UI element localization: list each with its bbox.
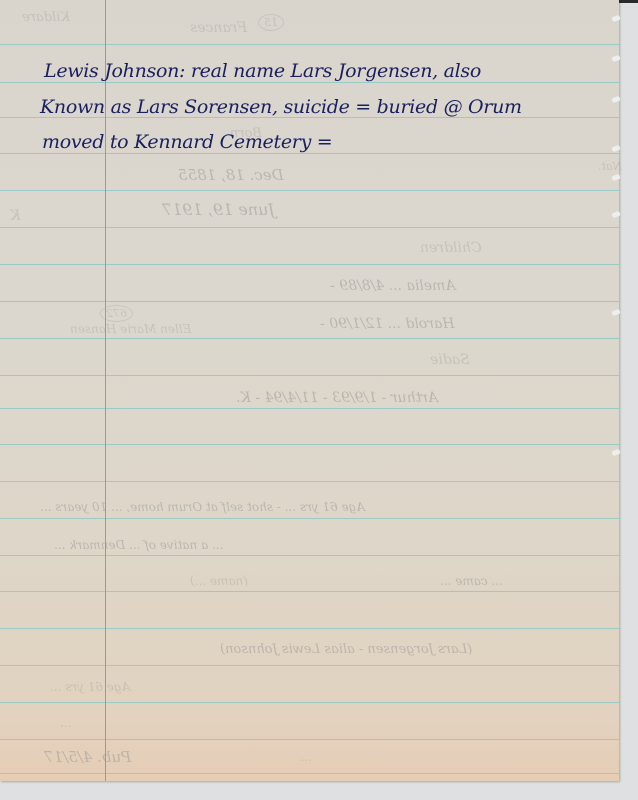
- note-line-1: Lewis Johnson: real name Lars Jorgensen,…: [44, 60, 481, 82]
- bleed-text: Ellen Marie Hansen: [70, 322, 191, 336]
- scan-top-border-right: [619, 0, 638, 3]
- bleed-text: Nat.: [598, 160, 622, 173]
- rule-line: [0, 555, 619, 556]
- perforation: [611, 309, 620, 316]
- rule-line: [0, 190, 619, 191]
- bleed-text: ...: [300, 750, 311, 764]
- rule-line: [0, 773, 619, 774]
- rule-line: [0, 481, 619, 482]
- bleed-text: June 19, 1917: [162, 200, 275, 219]
- rule-line: [0, 444, 619, 445]
- rule-line: [0, 153, 619, 154]
- bleed-text: ... came ...: [440, 574, 503, 588]
- bleed-text: Amelia ... 4/8/89 -: [330, 278, 455, 294]
- rule-line: [0, 227, 619, 228]
- bleed-text: Kildare: [22, 10, 70, 25]
- bleed-text: ...: [60, 716, 71, 730]
- bleed-text: Children: [420, 240, 482, 256]
- bleed-text: Dec. 18, 1855: [178, 166, 284, 184]
- perforation: [611, 145, 620, 152]
- rule-line: [0, 591, 619, 592]
- rule-line: [0, 702, 619, 703]
- bleed-text: Frances: [190, 20, 247, 36]
- bleed-text: (name ...): [190, 574, 248, 588]
- bleed-circled-number: 15: [258, 14, 284, 31]
- rule-line: [0, 82, 619, 83]
- bleed-text: (Lars Jorgensen - alias Lewis Johnson): [220, 642, 472, 657]
- rule-line: [0, 264, 619, 265]
- rule-line: [0, 375, 619, 376]
- perforation: [611, 174, 620, 181]
- rule-line: [0, 44, 619, 45]
- rule-line: [0, 518, 619, 519]
- rule-line: [0, 408, 619, 409]
- rule-line: [0, 301, 619, 302]
- bleed-text: Arthur - 1/9/93 - 11/4/94 - K.: [236, 390, 438, 406]
- rule-line: [0, 628, 619, 629]
- perforation: [611, 449, 620, 456]
- note-line-2: Known as Lars Sorensen, suicide = buried…: [40, 96, 522, 118]
- note-line-3: moved to Kennard Cemetery =: [42, 131, 332, 153]
- rule-line: [0, 338, 619, 339]
- bleed-text: Age 61 yrs ...: [50, 680, 130, 694]
- bleed-signature: Pub. 4/5/17: [44, 748, 131, 766]
- perforation: [611, 211, 620, 218]
- perforation: [611, 55, 620, 62]
- notebook-page: Kildare Frances 15 Nat. Born Dec. 18, 18…: [0, 0, 619, 781]
- bleed-circled-number: 672: [100, 305, 133, 322]
- rule-line: [0, 665, 619, 666]
- bleed-text: ... a native of ... Denmark ...: [54, 538, 223, 552]
- rule-line: [0, 739, 619, 740]
- bleed-text: Harold ... 12/1/90 -: [320, 316, 455, 332]
- bleed-text: Age 61 yrs ... - shot self at Orum home,…: [40, 500, 365, 514]
- bleed-text: K: [10, 208, 20, 224]
- perforation: [611, 15, 620, 22]
- bleed-text: Sadie: [430, 352, 470, 368]
- perforation: [611, 96, 620, 103]
